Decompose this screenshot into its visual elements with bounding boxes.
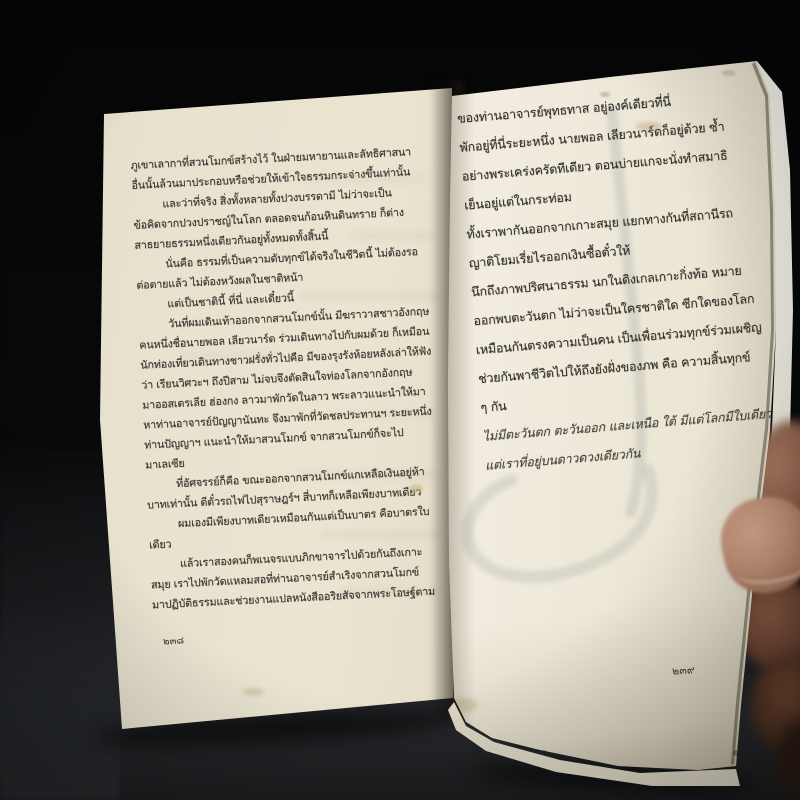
table-surface-left: [0, 430, 120, 800]
left-page-number: ๒๓๘: [163, 633, 185, 649]
photo-open-book: ภูเขาเลากาที่สวนโมกข์สร้างไว้ ในฝ่ายมหาย…: [0, 0, 800, 800]
right-page-number: ๒๓๙: [671, 660, 695, 680]
paper-stain: [636, 122, 662, 131]
paper-stain: [242, 688, 264, 696]
paper-stain: [600, 92, 610, 97]
paper-stain: [410, 484, 423, 493]
paper-stain: [722, 70, 736, 76]
right-page-text: ของท่านอาจารย์พุทธทาส อยู่องค์เดียวที่นี…: [456, 79, 800, 480]
